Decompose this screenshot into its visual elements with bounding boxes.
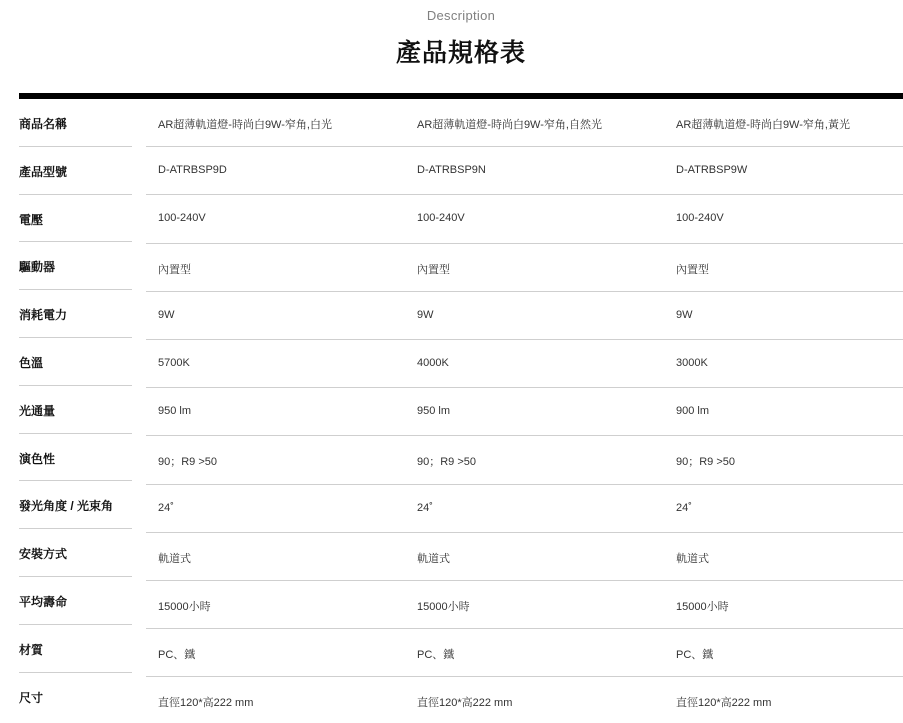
table-cell: 軌道式 <box>405 533 664 580</box>
table-cell: 15000小時 <box>664 581 903 628</box>
table-cell: 直徑120*高222 mm <box>664 677 903 723</box>
table-row-color-temp: 5700K 4000K 3000K <box>146 340 903 388</box>
section-subtitle: Description <box>0 8 903 23</box>
table-cell: 90；R9 >50 <box>146 436 405 483</box>
spec-label: 商品名稱 <box>19 99 132 147</box>
table-cell: 內置型 <box>146 244 405 291</box>
table-row-cri: 90；R9 >50 90；R9 >50 90；R9 >50 <box>146 436 903 484</box>
table-cell: 24˚ <box>664 485 903 532</box>
table-row-driver: 內置型 內置型 內置型 <box>146 244 903 292</box>
table-cell: 15000小時 <box>405 581 664 628</box>
table-cell: 內置型 <box>664 244 903 291</box>
spec-label: 消耗電力 <box>19 290 132 338</box>
table-cell: AR超薄軌道燈-時尚白9W-窄角,白光 <box>146 99 405 146</box>
spec-label: 發光角度 / 光束角 <box>19 481 132 529</box>
table-cell: 100-240V <box>664 195 903 242</box>
table-row-material: PC、鐵 PC、鐵 PC、鐵 <box>146 629 903 677</box>
table-cell: AR超薄軌道燈-時尚白9W-窄角,黃光 <box>664 99 903 146</box>
spec-data-table: AR超薄軌道燈-時尚白9W-窄角,白光 AR超薄軌道燈-時尚白9W-窄角,自然光… <box>146 99 903 723</box>
table-cell: 9W <box>405 292 664 339</box>
spec-label: 產品型號 <box>19 147 132 195</box>
table-cell: 5700K <box>146 340 405 387</box>
table-row-dimensions: 直徑120*高222 mm 直徑120*高222 mm 直徑120*高222 m… <box>146 677 903 723</box>
spec-label: 驅動器 <box>19 242 132 290</box>
table-row-luminous-flux: 950 lm 950 lm 900 lm <box>146 388 903 436</box>
table-row-installation: 軌道式 軌道式 軌道式 <box>146 533 903 581</box>
table-cell: 內置型 <box>405 244 664 291</box>
table-row-beam-angle: 24˚ 24˚ 24˚ <box>146 485 903 533</box>
spec-label: 電壓 <box>19 195 132 243</box>
spec-label: 尺寸 <box>19 673 132 721</box>
table-row-lifespan: 15000小時 15000小時 15000小時 <box>146 581 903 629</box>
spec-label: 演色性 <box>19 434 132 482</box>
table-cell: PC、鐵 <box>664 629 903 676</box>
table-cell: AR超薄軌道燈-時尚白9W-窄角,自然光 <box>405 99 664 146</box>
table-cell: 100-240V <box>405 195 664 242</box>
table-row-power: 9W 9W 9W <box>146 292 903 340</box>
table-cell: 900 lm <box>664 388 903 435</box>
table-cell: 9W <box>146 292 405 339</box>
table-cell: 軌道式 <box>664 533 903 580</box>
table-cell: PC、鐵 <box>146 629 405 676</box>
spec-label-column: 商品名稱 產品型號 電壓 驅動器 消耗電力 色溫 光通量 演色性 發光角度 / … <box>19 99 132 720</box>
table-cell: 4000K <box>405 340 664 387</box>
table-row-model: D-ATRBSP9D D-ATRBSP9N D-ATRBSP9W <box>146 147 903 195</box>
table-cell: 950 lm <box>146 388 405 435</box>
table-cell: 15000小時 <box>146 581 405 628</box>
table-cell: 直徑120*高222 mm <box>146 677 405 723</box>
spec-label: 光通量 <box>19 386 132 434</box>
table-cell: 90；R9 >50 <box>405 436 664 483</box>
table-row-product-name: AR超薄軌道燈-時尚白9W-窄角,白光 AR超薄軌道燈-時尚白9W-窄角,自然光… <box>146 99 903 147</box>
table-cell: 軌道式 <box>146 533 405 580</box>
table-cell: 3000K <box>664 340 903 387</box>
table-cell: 9W <box>664 292 903 339</box>
table-cell: 950 lm <box>405 388 664 435</box>
table-cell: D-ATRBSP9D <box>146 147 405 194</box>
table-cell: 100-240V <box>146 195 405 242</box>
spec-page: Description 產品規格表 商品名稱 產品型號 電壓 驅動器 消耗電力 … <box>0 0 903 723</box>
table-cell: D-ATRBSP9W <box>664 147 903 194</box>
spec-label: 平均壽命 <box>19 577 132 625</box>
spec-label: 色溫 <box>19 338 132 386</box>
spec-label: 材質 <box>19 625 132 673</box>
table-cell: 24˚ <box>146 485 405 532</box>
table-row-voltage: 100-240V 100-240V 100-240V <box>146 195 903 243</box>
table-cell: D-ATRBSP9N <box>405 147 664 194</box>
spec-label: 安裝方式 <box>19 529 132 577</box>
table-cell: 直徑120*高222 mm <box>405 677 664 723</box>
page-title: 產品規格表 <box>0 33 903 69</box>
table-cell: 24˚ <box>405 485 664 532</box>
table-cell: 90；R9 >50 <box>664 436 903 483</box>
table-cell: PC、鐵 <box>405 629 664 676</box>
